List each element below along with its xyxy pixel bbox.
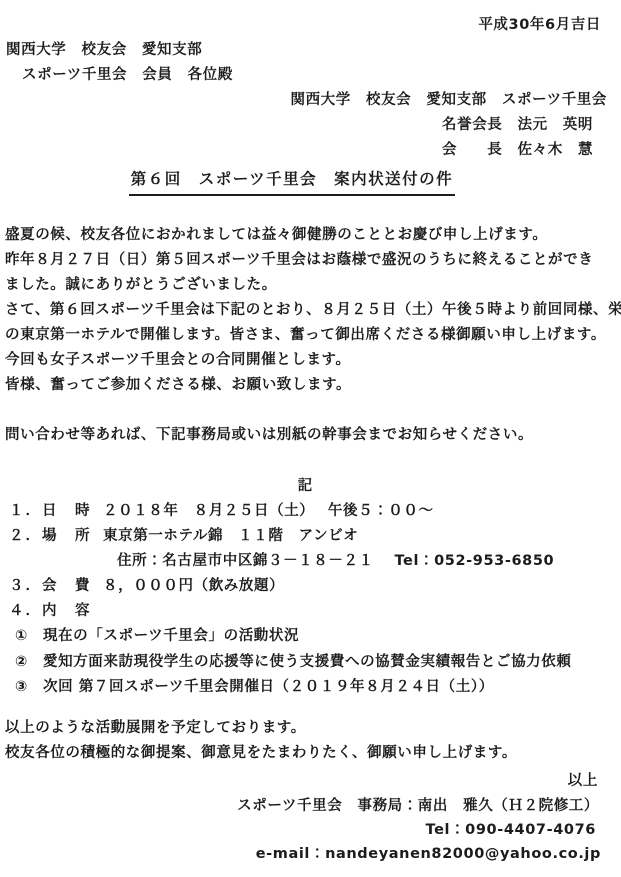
content-item-1: ① 現在の「スポーツ千里会」の活動状況	[5, 624, 607, 650]
date-line: 平成30年6月吉日	[5, 13, 607, 38]
office-signature-line: スポーツ千里会 事務局：南出 雅久（Ｈ２院修工）	[5, 794, 607, 818]
letter-page: 平成30年6月吉日 関西大学 校友会 愛知支部 スポーツ千里会 会員 各位殿 関…	[0, 0, 621, 877]
recipient-line-2: スポーツ千里会 会員 各位殿	[5, 63, 607, 88]
body-line-5: の東京第一ホテルで開催します。皆さま、奮って御出席くださる様御願い申し上げます。	[5, 323, 607, 348]
venue-address-line: 住所：名古屋市中区錦３－１８－２１ Tel：052-953-6850	[5, 549, 607, 574]
record-item-venue-label: ２．場 所	[5, 524, 103, 549]
record-item-fee-value: ８，０００円（飲み放題）	[103, 574, 284, 599]
record-item-fee: ３．会 費 ８，０００円（飲み放題）	[5, 574, 607, 599]
chairman-line: 会 長 佐々木 慧	[5, 138, 607, 163]
body-block: 盛夏の候、校友各位におかれましては益々御健勝のこととお慶び申し上げます。 昨年８…	[5, 223, 607, 448]
body-line-6: 今回も女子スポーツ千里会との合同開催とします。	[5, 348, 607, 373]
record-item-datetime: １．日 時 ２０１８年 ８月２５日（土） 午後５：００～	[5, 499, 607, 524]
email-line: e-mail：nandeyanen82000@yahoo.co.jp	[5, 842, 607, 866]
record-item-datetime-label: １．日 時	[5, 499, 103, 524]
content-item-2: ② 愛知方面来訪現役学生の応援等に使う支援費への協賛金実績報告とご協力依頼	[5, 650, 607, 676]
record-item-venue-value: 東京第一ホテル錦 １１階 アンビオ	[103, 524, 358, 549]
closing-block: 以上のような活動展開を予定しております。 校友各位の積極的な御提案、御意見をたま…	[5, 716, 607, 866]
record-item-venue: ２．場 所 東京第一ホテル錦 １１階 アンビオ	[5, 524, 607, 549]
document-title-row: 第６回 スポーツ千里会 案内状送付の件	[0, 165, 593, 196]
closing-line-1: 以上のような活動展開を予定しております。	[5, 716, 607, 741]
body-line-2: 昨年８月２７日（日）第５回スポーツ千里会はお蔭様で盛況のうちに終えることができ	[5, 248, 607, 273]
document-title: 第６回 スポーツ千里会 案内状送付の件	[129, 165, 455, 196]
record-item-contents-label: ４．内 容	[5, 599, 103, 624]
record-heading: 記	[5, 473, 607, 499]
record-item-contents: ４．内 容	[5, 599, 607, 624]
honorary-chairman-line: 名誉会長 法元 英明	[5, 113, 607, 138]
sender-org-line: 関西大学 校友会 愛知支部 スポーツ千里会	[5, 88, 607, 113]
body-line-3: ました。誠にありがとうございました。	[5, 273, 607, 298]
body-line-4: さて、第６回スポーツ千里会は下記のとおり、８月２５日（土）午後５時より前回同様、…	[5, 298, 607, 323]
record-item-fee-label: ３．会 費	[5, 574, 103, 599]
ijou-line: 以上	[5, 769, 607, 794]
tel-line: Tel：090-4407-4076	[5, 818, 607, 842]
body-line-1: 盛夏の候、校友各位におかれましては益々御健勝のこととお慶び申し上げます。	[5, 223, 607, 248]
content-item-3: ③ 次回 第７回スポーツ千里会開催日（２０１９年８月２４日（土））	[5, 675, 607, 701]
body-line-7: 皆様、奮ってご参加くださる様、お願い致します。	[5, 373, 607, 398]
inquiry-line: 問い合わせ等あれば、下記事務局或いは別紙の幹事会までお知らせください。	[5, 423, 607, 448]
record-rows: １．日 時 ２０１８年 ８月２５日（土） 午後５：００～ ２．場 所 東京第一ホ…	[5, 499, 607, 701]
closing-line-2: 校友各位の積極的な御提案、御意見をたまわりたく、御願い申し上げます。	[5, 741, 607, 766]
recipient-line-1: 関西大学 校友会 愛知支部	[5, 38, 607, 63]
record-item-datetime-value: ２０１８年 ８月２５日（土） 午後５：００～	[103, 499, 434, 524]
